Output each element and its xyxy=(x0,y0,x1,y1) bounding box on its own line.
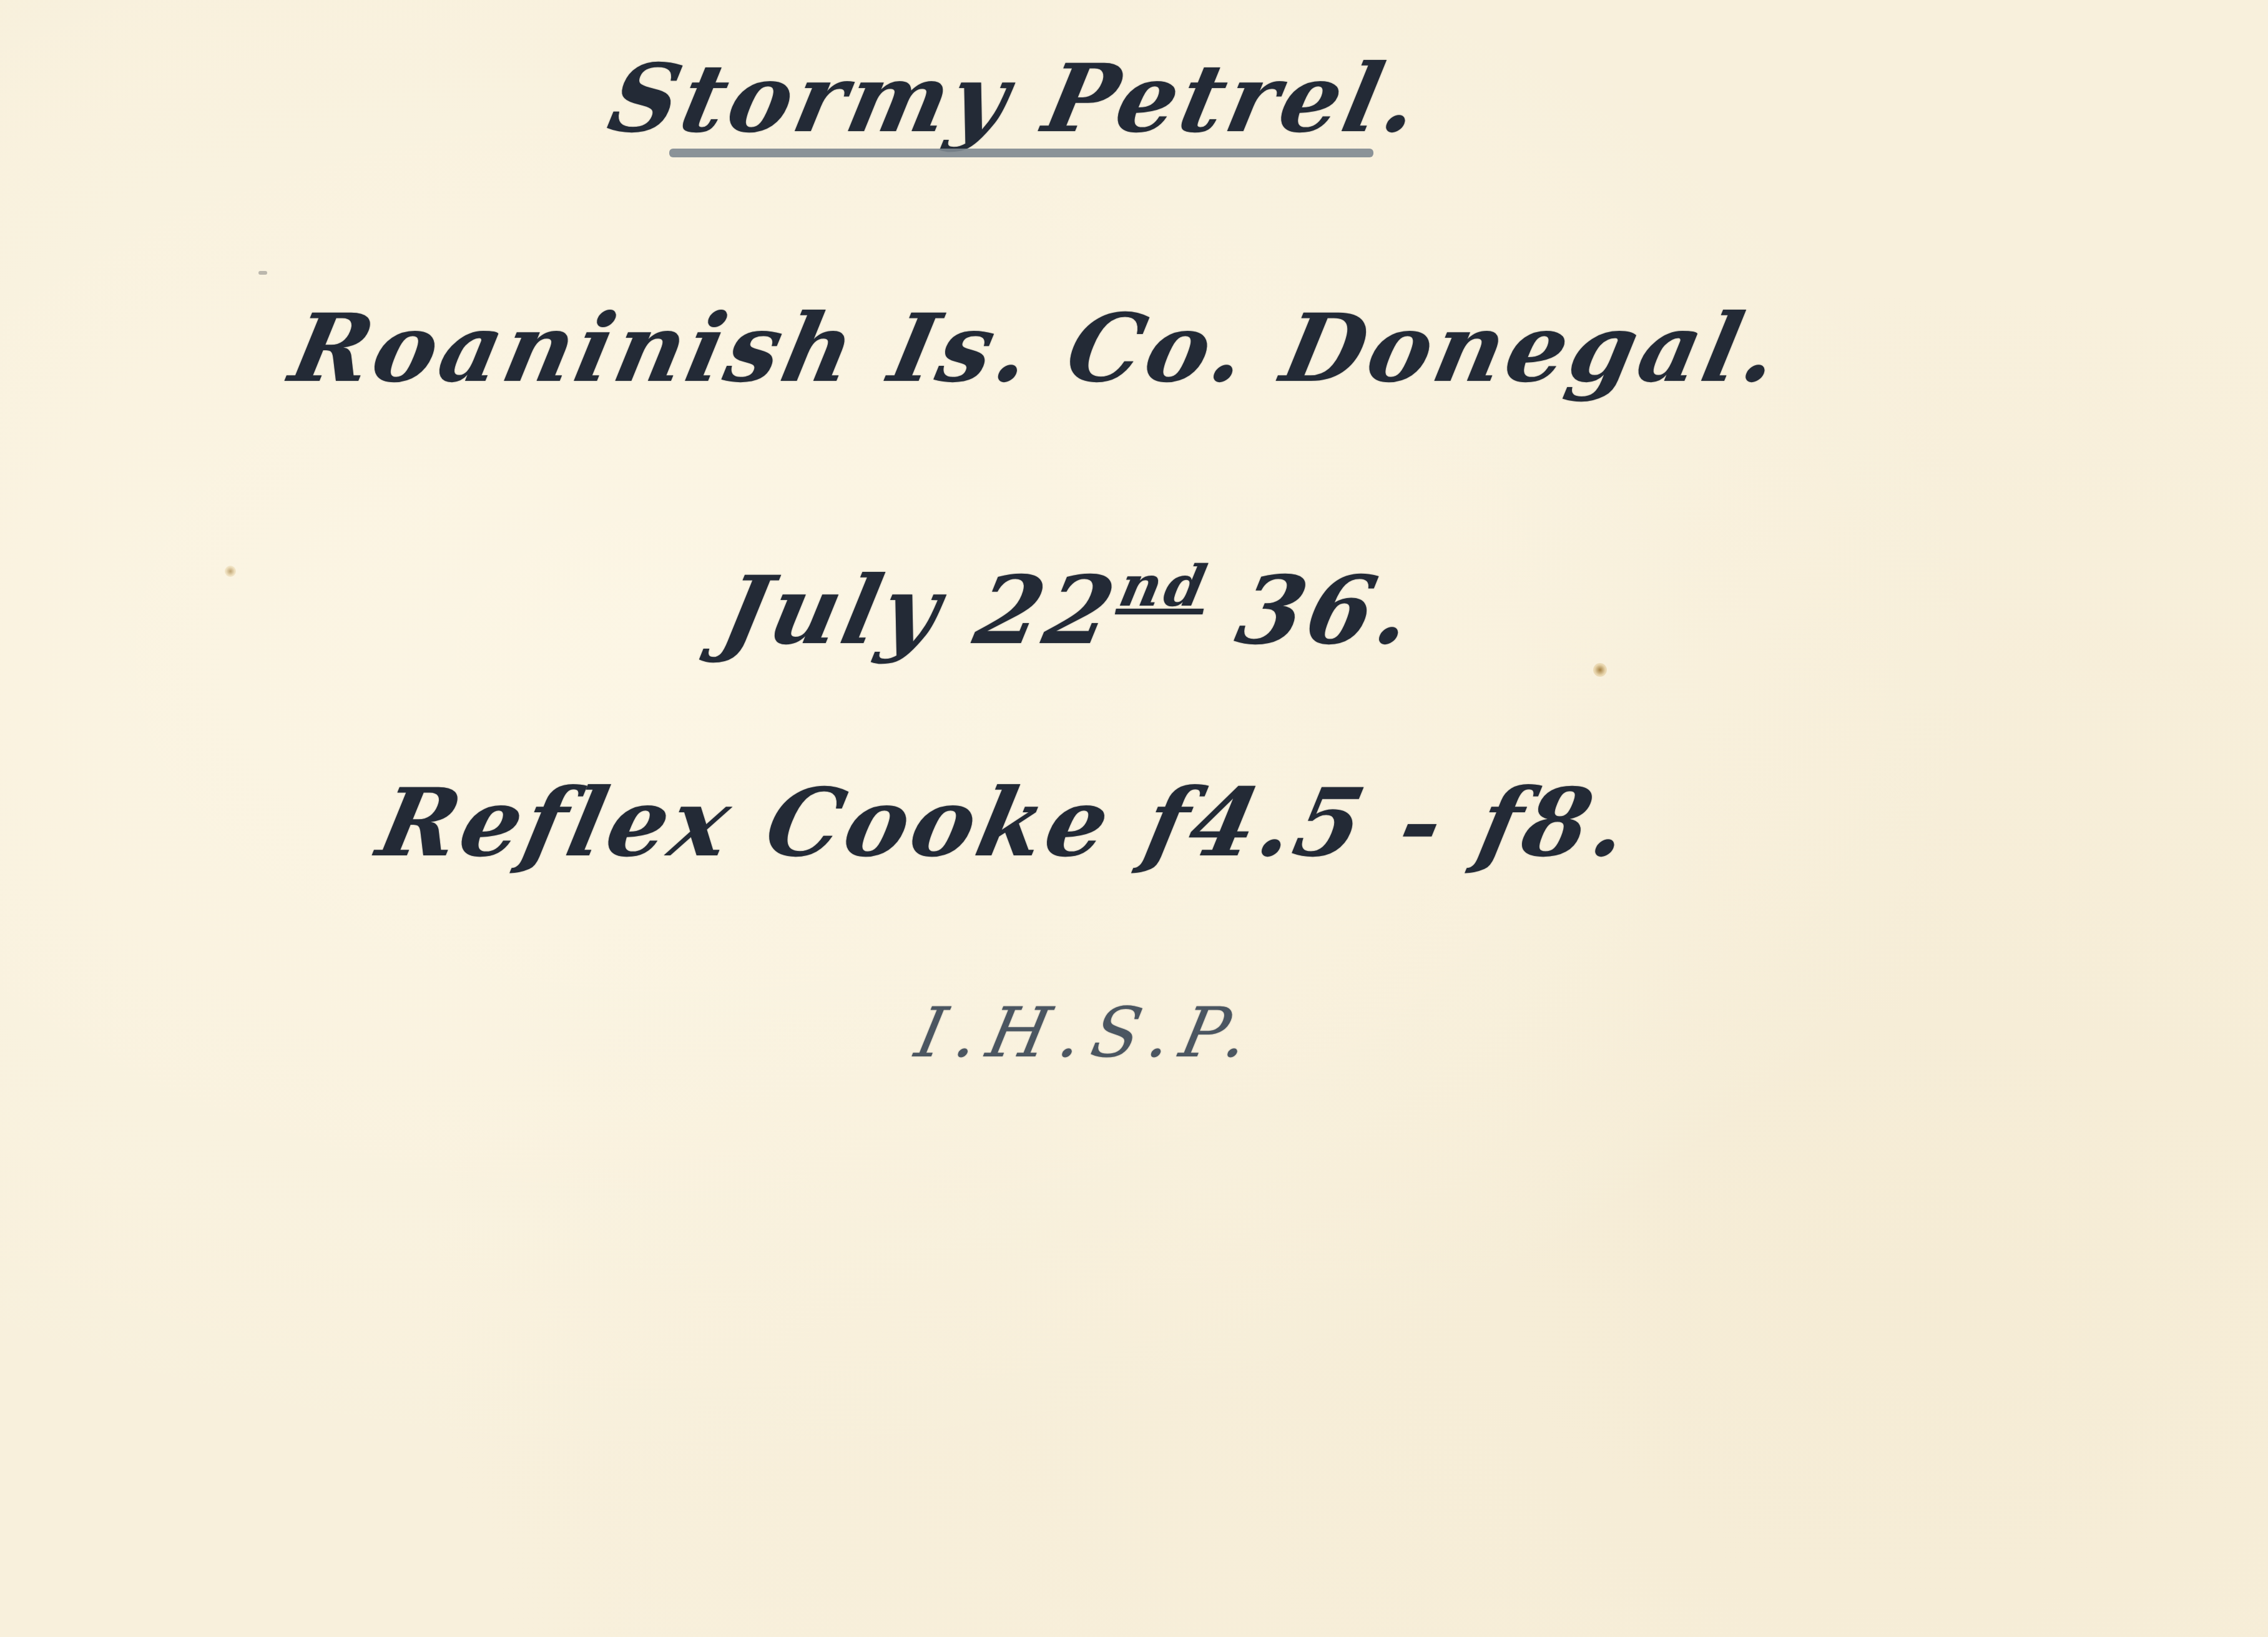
foxing-spot xyxy=(225,566,236,577)
initials-line: I.H.S.P. xyxy=(909,993,1267,1073)
specimen-card: Stormy Petrel. Roaninish Is. Co. Donegal… xyxy=(0,0,2268,1637)
location-line: Roaninish Is. Co. Donegal. xyxy=(282,293,1792,403)
camera-line: Reflex Cooke f4.5 - f8. xyxy=(369,768,1641,878)
date-ordinal-suffix: nd xyxy=(1114,553,1215,619)
date-day: 22 xyxy=(966,556,1127,666)
card-title: Stormy Petrel. xyxy=(600,44,1432,154)
date-year: 36. xyxy=(1228,556,1425,666)
date-month: July xyxy=(712,556,953,666)
foxing-spot xyxy=(1593,663,1607,677)
title-underline xyxy=(669,149,1373,157)
date-line: July 22nd 36. xyxy=(712,556,1425,666)
paper-speck xyxy=(258,271,267,275)
